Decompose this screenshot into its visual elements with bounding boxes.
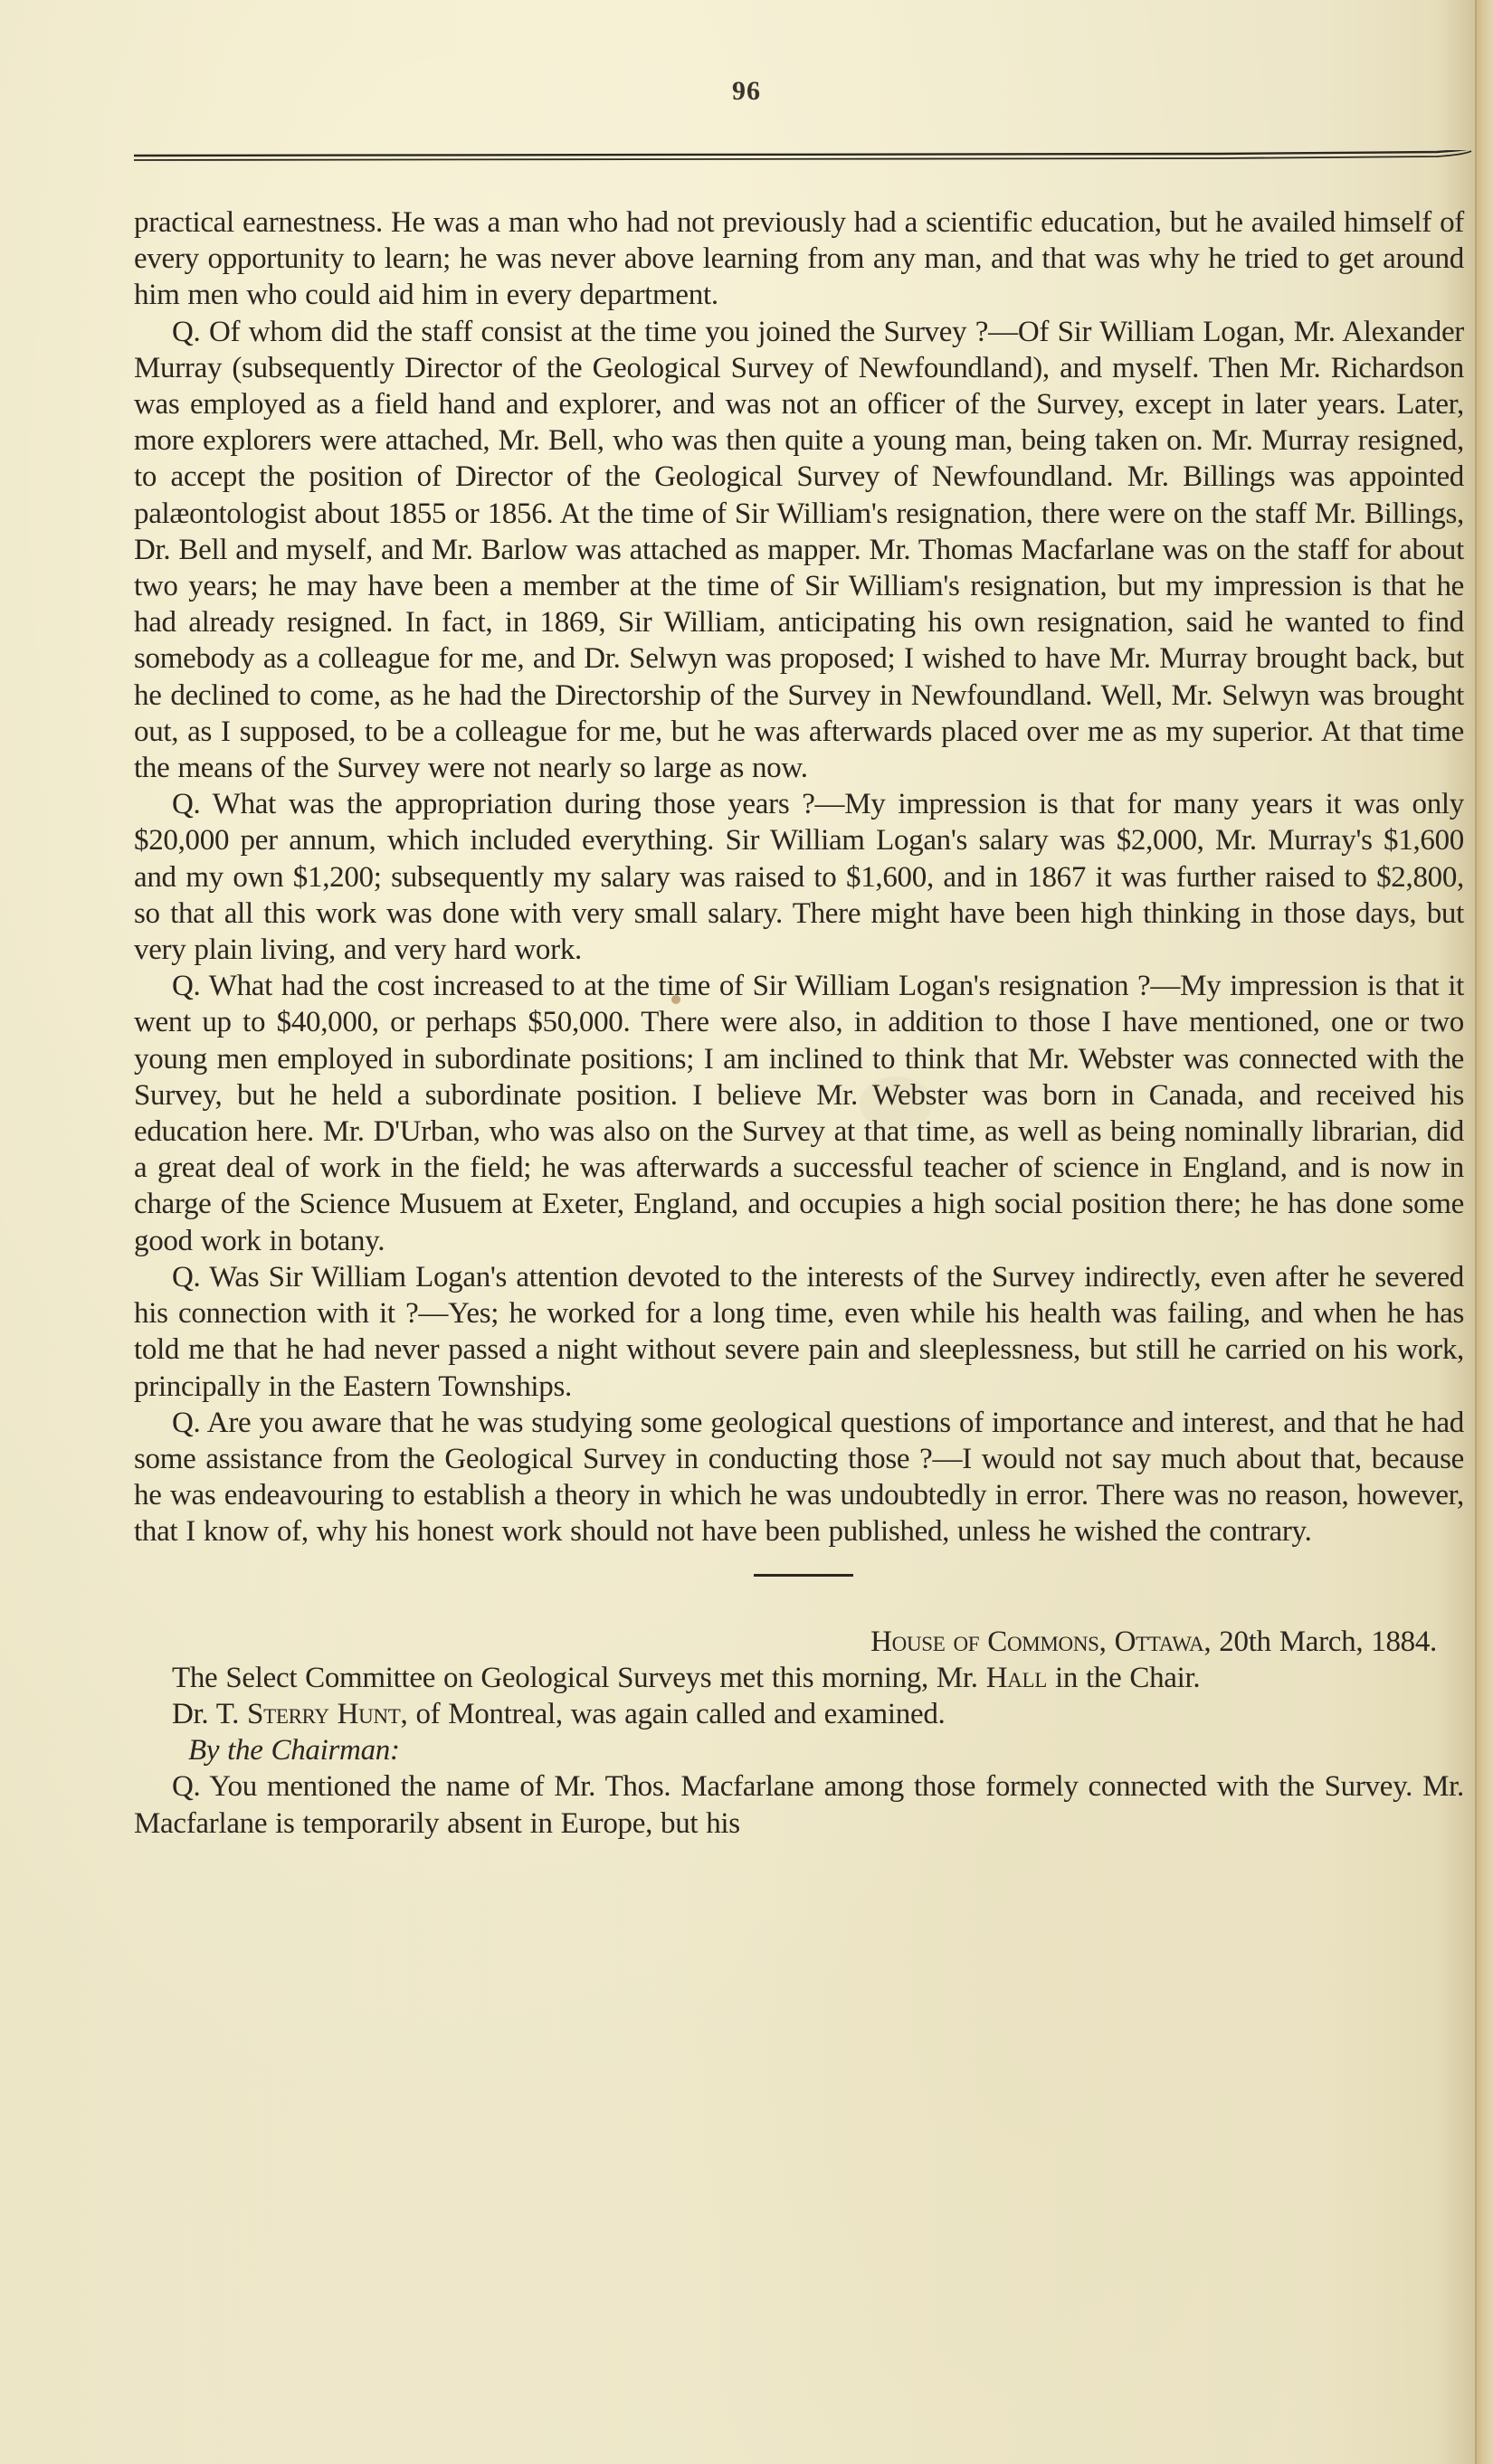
chair-name: Hall [986,1662,1047,1694]
section-divider [754,1574,853,1577]
witness-prefix: Dr. T. [172,1698,247,1730]
header-double-rule [134,150,1473,165]
book-binding-edge [1475,0,1493,2464]
witness-suffix: , of Montreal, was again called and exam… [401,1698,946,1730]
dateline-date: 20th March, 1884. [1211,1625,1437,1658]
paragraph-appropriation-question: Q. What was the appropriation during tho… [134,786,1464,968]
opening-text-end: in the Chair. [1047,1662,1200,1694]
page-body: practical earnestness. He was a man who … [134,204,1464,1842]
paragraph-macfarlane-question: Q. You mentioned the name of Mr. Thos. M… [134,1768,1464,1841]
dateline-place: House of Commons, Ottawa, [870,1625,1211,1658]
page-number: 96 [0,76,1493,107]
paragraph-continuation: practical earnestness. He was a man who … [134,204,1464,314]
paragraph-logan-attention-question: Q. Was Sir William Logan's attention dev… [134,1259,1464,1405]
opening-text: The Select Committee on Geological Surve… [172,1662,986,1694]
session-opening: The Select Committee on Geological Surve… [134,1660,1464,1696]
session-dateline: House of Commons, Ottawa, 20th March, 18… [134,1624,1464,1660]
paragraph-staff-question: Q. Of whom did the staff consist at the … [134,314,1464,787]
paragraph-geological-questions: Q. Are you aware that he was studying so… [134,1405,1464,1550]
witness-line: Dr. T. Sterry Hunt, of Montreal, was aga… [134,1696,1464,1732]
examiner-byline: By the Chairman: [134,1732,1464,1768]
paragraph-cost-question: Q. What had the cost increased to at the… [134,968,1464,1259]
witness-name: Sterry Hunt [247,1698,401,1730]
